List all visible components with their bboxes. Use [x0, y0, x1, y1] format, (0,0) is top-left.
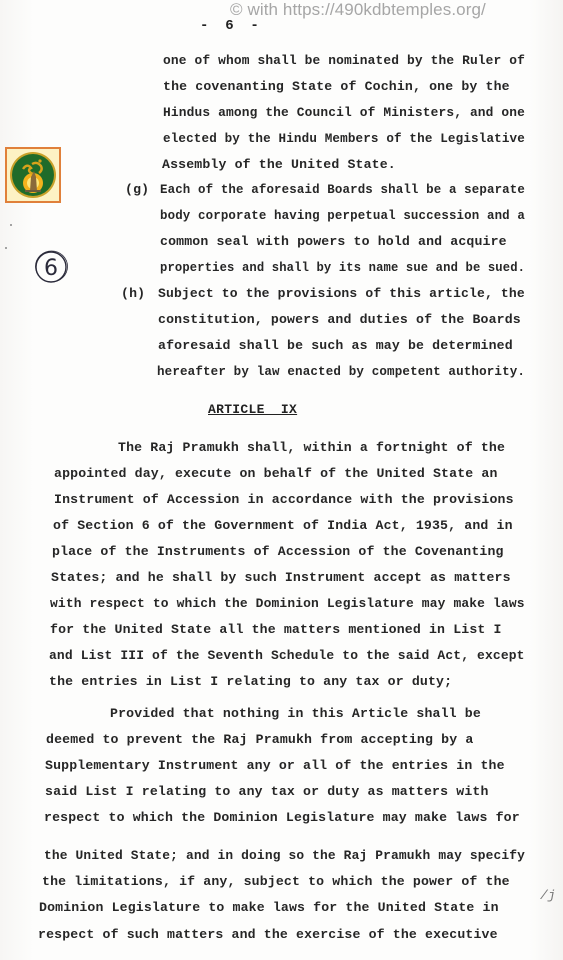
text-line: Each of the aforesaid Boards shall be a … — [160, 182, 525, 197]
speck — [10, 224, 12, 226]
text-line: Assembly of the United State. — [162, 157, 396, 172]
document-page: © with https://490kdbtemples.org/ - 6 - … — [0, 0, 563, 960]
text-line: body corporate having perpetual successi… — [160, 208, 525, 223]
speck — [5, 247, 7, 249]
text-line: and List III of the Seventh Schedule to … — [49, 648, 525, 663]
clause-label: (g) — [125, 182, 149, 197]
article-heading: ARTICLE IX — [208, 402, 297, 417]
text-line: respect to which the Dominion Legislatur… — [44, 810, 520, 825]
text-line: said List I relating to any tax or duty … — [45, 784, 489, 799]
text-line: common seal with powers to hold and acqu… — [160, 234, 507, 249]
text-line: the limitations, if any, subject to whic… — [42, 874, 510, 889]
text-line: place of the Instruments of Accession of… — [52, 544, 504, 559]
text-line: constitution, powers and duties of the B… — [158, 312, 521, 327]
text-line: Dominion Legislature to make laws for th… — [39, 900, 499, 915]
text-line: of Section 6 of the Government of India … — [53, 518, 513, 533]
watermark: © with https://490kdbtemples.org/ — [230, 0, 486, 20]
text-line: Supplementary Instrument any or all of t… — [45, 758, 505, 773]
text-line: respect of such matters and the exercise… — [38, 927, 498, 942]
svg-text:6: 6 — [44, 256, 58, 281]
text-line: for the United State all the matters men… — [50, 622, 502, 637]
handwritten-circled-number: 6 — [32, 247, 70, 285]
text-line: the entries in List I relating to any ta… — [49, 674, 452, 689]
text-line: the United State; and in doing so the Ra… — [44, 848, 525, 863]
text-line: Instrument of Accession in accordance wi… — [54, 492, 514, 507]
text-line: hereafter by law enacted by competent au… — [157, 364, 525, 379]
text-line: Provided that nothing in this Article sh… — [110, 706, 481, 721]
text-line: States; and he shall by such Instrument … — [51, 570, 511, 585]
page-number: - 6 - — [200, 18, 259, 34]
text-line: appointed day, execute on behalf of the … — [54, 466, 498, 481]
text-line: properties and shall by its name sue and… — [160, 260, 525, 275]
clause-label: (h) — [121, 286, 145, 301]
text-line: one of whom shall be nominated by the Ru… — [163, 53, 525, 68]
text-line: aforesaid shall be such as may be determ… — [158, 338, 513, 353]
temple-logo — [5, 147, 61, 203]
margin-mark: /j — [540, 888, 556, 903]
text-line: The Raj Pramukh shall, within a fortnigh… — [118, 440, 505, 455]
text-line: deemed to prevent the Raj Pramukh from a… — [46, 732, 473, 747]
om-emblem-icon — [7, 149, 59, 201]
text-line: the covenanting State of Cochin, one by … — [163, 79, 510, 94]
text-line: with respect to which the Dominion Legis… — [50, 596, 525, 611]
text-line: Subject to the provisions of this articl… — [158, 286, 525, 301]
text-line: elected by the Hindu Members of the Legi… — [163, 131, 525, 146]
text-line: Hindus among the Council of Ministers, a… — [163, 105, 525, 120]
